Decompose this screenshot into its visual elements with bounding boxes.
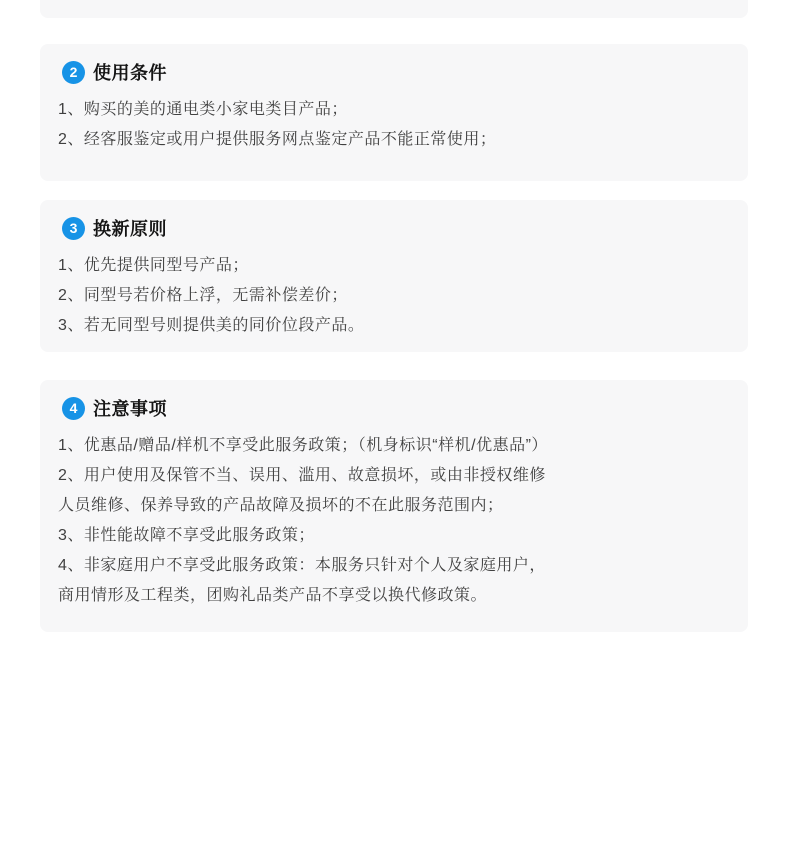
policy-text-line: 2、同型号若价格上浮，无需补偿差价； xyxy=(58,281,728,311)
section-header: 2 使用条件 xyxy=(62,59,728,85)
section-number-badge: 2 xyxy=(62,61,85,84)
previous-card-partial xyxy=(40,0,748,18)
section-text-lines: 1、优先提供同型号产品；2、同型号若价格上浮，无需补偿差价；3、若无同型号则提供… xyxy=(58,251,728,341)
card-replacement-principles: 3 换新原则 1、优先提供同型号产品；2、同型号若价格上浮，无需补偿差价；3、若… xyxy=(40,200,748,352)
policy-text-line: 1、优惠品/赠品/样机不享受此服务政策；（机身标识“样机/优惠品”） xyxy=(58,431,728,461)
section-header: 4 注意事项 xyxy=(62,395,728,421)
policy-text-line: 商用情形及工程类，团购礼品类产品不享受以换代修政策。 xyxy=(58,581,728,611)
card-usage-conditions: 2 使用条件 1、购买的美的通电类小家电类目产品；2、经客服鉴定或用户提供服务网… xyxy=(40,44,748,181)
policy-text-line: 1、购买的美的通电类小家电类目产品； xyxy=(58,95,728,125)
section-number-badge: 3 xyxy=(62,217,85,240)
card-precautions: 4 注意事项 1、优惠品/赠品/样机不享受此服务政策；（机身标识“样机/优惠品”… xyxy=(40,380,748,632)
service-policy-page: 2 使用条件 1、购买的美的通电类小家电类目产品；2、经客服鉴定或用户提供服务网… xyxy=(0,0,790,853)
section-title: 注意事项 xyxy=(93,395,167,421)
section-title: 换新原则 xyxy=(93,215,167,241)
section-text-lines: 1、优惠品/赠品/样机不享受此服务政策；（机身标识“样机/优惠品”）2、用户使用… xyxy=(58,431,728,611)
policy-text-line: 3、非性能故障不享受此服务政策； xyxy=(58,521,728,551)
section-text-lines: 1、购买的美的通电类小家电类目产品；2、经客服鉴定或用户提供服务网点鉴定产品不能… xyxy=(58,95,728,155)
section-number-badge: 4 xyxy=(62,397,85,420)
policy-text-line: 3、若无同型号则提供美的同价位段产品。 xyxy=(58,311,728,341)
section-header: 3 换新原则 xyxy=(62,215,728,241)
policy-text-line: 2、经客服鉴定或用户提供服务网点鉴定产品不能正常使用； xyxy=(58,125,728,155)
section-title: 使用条件 xyxy=(93,59,167,85)
policy-text-line: 1、优先提供同型号产品； xyxy=(58,251,728,281)
policy-text-line: 4、非家庭用户不享受此服务政策：本服务只针对个人及家庭用户， xyxy=(58,551,728,581)
policy-text-line: 2、用户使用及保管不当、误用、滥用、故意损坏，或由非授权维修 xyxy=(58,461,728,491)
policy-text-line: 人员维修、保养导致的产品故障及损坏的不在此服务范围内； xyxy=(58,491,728,521)
